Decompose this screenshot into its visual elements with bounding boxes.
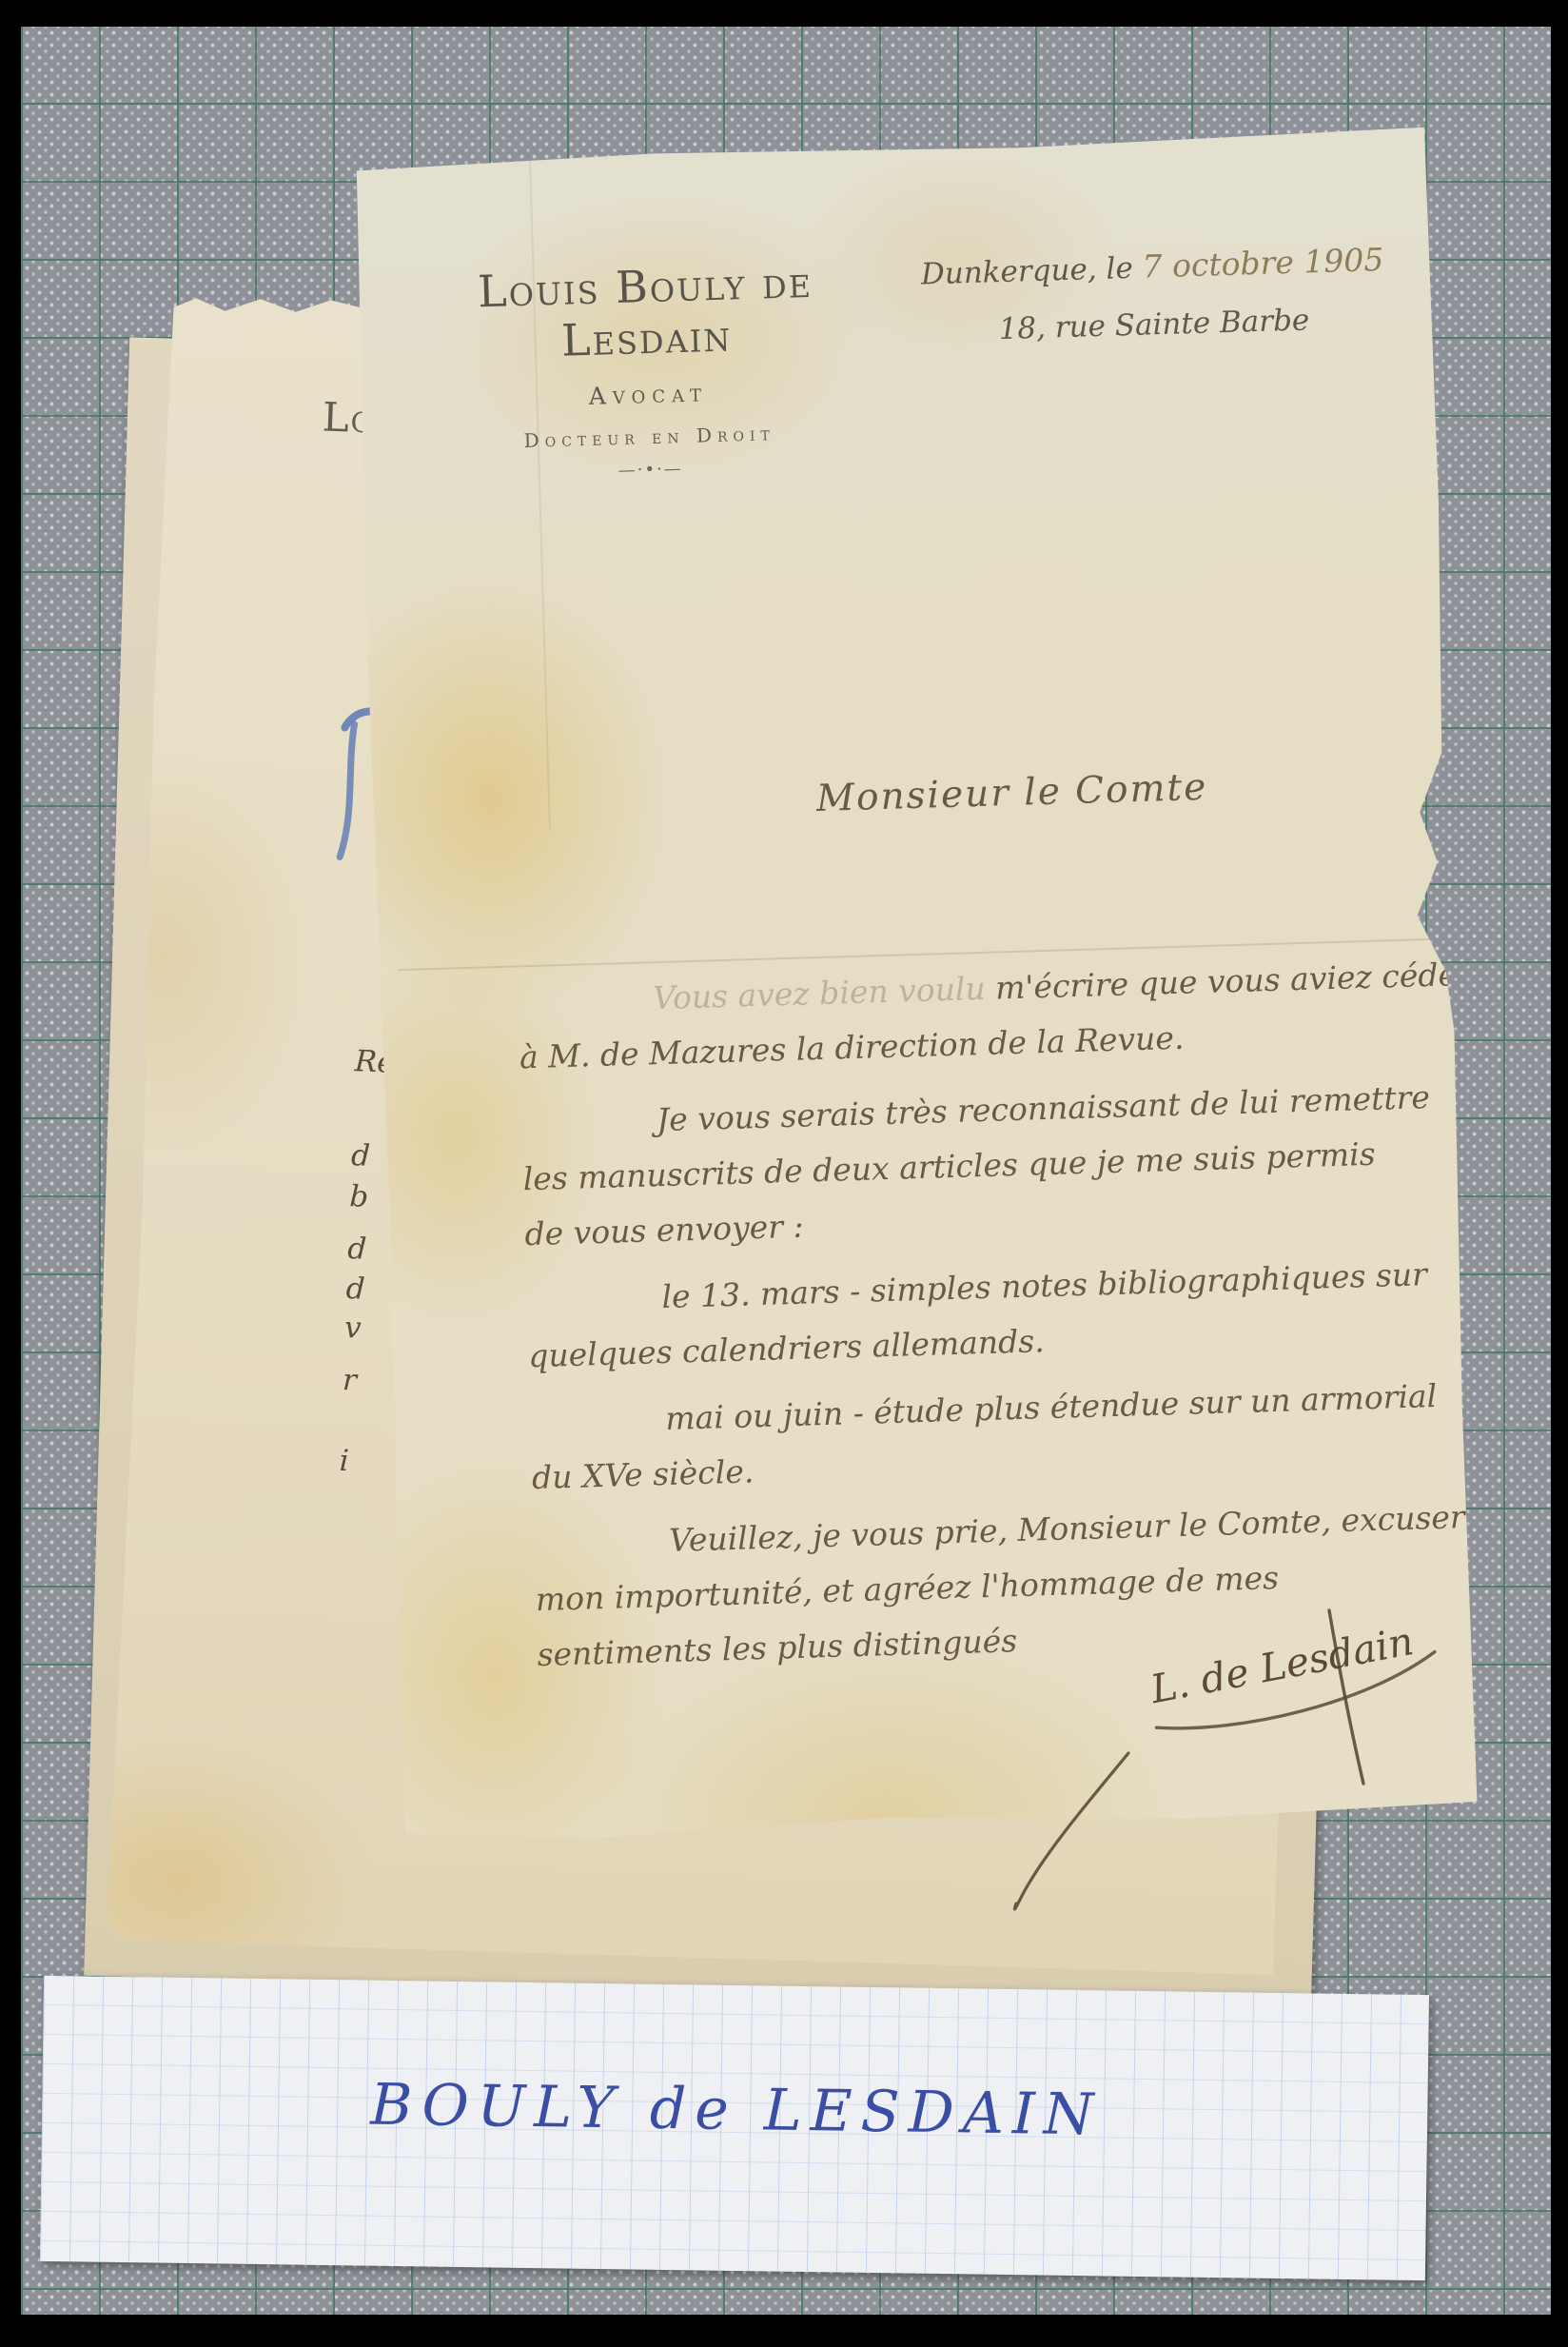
line-start-letter: b xyxy=(349,1179,369,1214)
faded-text: Vous avez bien voulu xyxy=(653,970,987,1016)
line-start-letter: d xyxy=(350,1138,370,1173)
line-start-letter: v xyxy=(343,1311,362,1346)
line-start-letter: d xyxy=(347,1232,367,1267)
line-start-letter: d xyxy=(345,1272,365,1307)
letterhead-title-docteur: Docteur en Droit xyxy=(392,418,906,456)
address-line: 18, rue Sainte Barbe xyxy=(894,300,1414,349)
salutation: Monsieur le Comte xyxy=(815,766,1207,820)
label-text: BOULY de LESDAIN xyxy=(370,2072,1103,2149)
dateline: Dunkerque, le 7 octobre 1905 xyxy=(892,240,1412,292)
letterhead-name: Louis Bouly de Lesdain xyxy=(387,253,904,371)
letterhead: Louis Bouly de Lesdain Avocat Docteur en… xyxy=(387,253,908,487)
letterhead-title-avocat: Avocat xyxy=(391,373,906,416)
line-start-letter: r xyxy=(342,1363,357,1398)
photo-of-letters: Louis B Redbddvri Louis Bouly de Lesdain… xyxy=(0,0,1568,2347)
line-start-letter: i xyxy=(339,1444,349,1478)
fold-crease-vertical xyxy=(529,154,551,830)
dateline-block: Dunkerque, le 7 octobre 1905 18, rue Sai… xyxy=(892,240,1414,349)
identification-label: BOULY de LESDAIN xyxy=(40,1976,1429,2280)
dateline-printed: Dunkerque, le xyxy=(920,251,1133,292)
letter-body-lines: Vous avez bien voulu m'écrire que vous a… xyxy=(517,948,1437,1683)
main-letter: Louis Bouly de Lesdain Avocat Docteur en… xyxy=(352,128,1479,1849)
dateline-handwritten-date: 7 octobre 1905 xyxy=(1142,241,1384,286)
letterhead-flourish-ornament: —·•·— xyxy=(394,452,908,487)
